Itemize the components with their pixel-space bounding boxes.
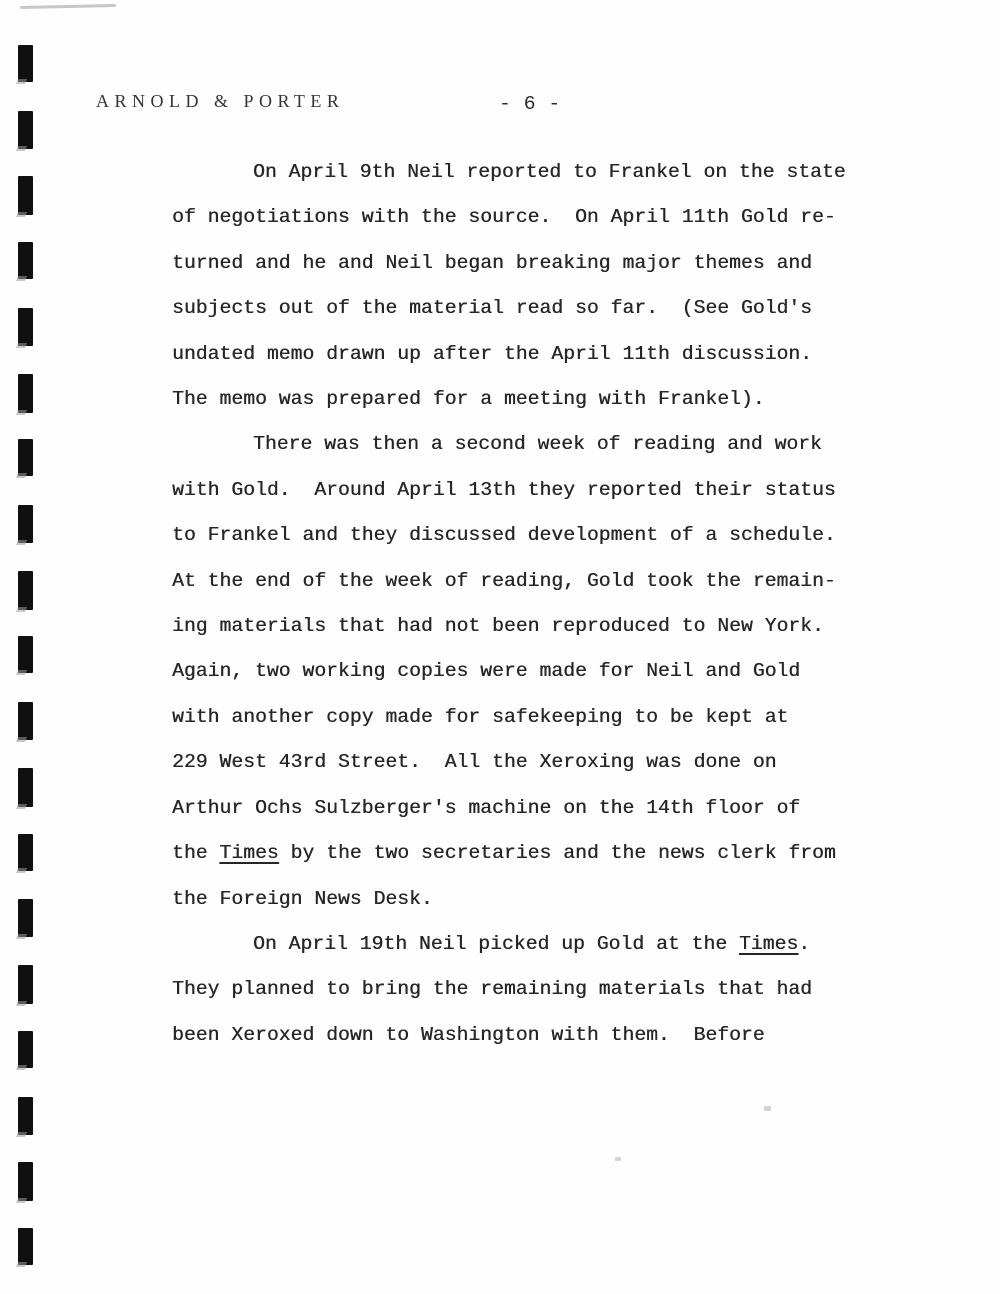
binding-hole: [18, 374, 33, 413]
text-line: been Xeroxed down to Washington with the…: [172, 1013, 892, 1058]
binding-hole: [18, 505, 33, 543]
text-line: of negotiations with the source. On Apri…: [172, 195, 892, 240]
text-line: They planned to bring the remaining mate…: [172, 967, 892, 1012]
underlined-text: Times: [219, 842, 278, 864]
text-line: 229 West 43rd Street. All the Xeroxing w…: [172, 740, 892, 785]
binding-hole: [18, 899, 33, 937]
binding-hole: [18, 768, 33, 807]
text-line: with Gold. Around April 13th they report…: [172, 468, 892, 513]
binding-hole: [18, 702, 33, 740]
binding-hole: [18, 1228, 33, 1265]
scan-smudge: [20, 4, 116, 9]
binding-hole: [18, 111, 33, 149]
text-line: to Frankel and they discussed developmen…: [172, 513, 892, 558]
binding-hole: [18, 439, 33, 476]
firm-name: ARNOLD & PORTER: [96, 91, 344, 112]
binding-hole: [18, 1162, 33, 1201]
binding-hole: [18, 1097, 33, 1135]
binding-hole: [18, 1031, 33, 1068]
scan-speck: [764, 1106, 771, 1111]
document-page: ARNOLD & PORTER - 6 - On April 9th Neil …: [0, 0, 1000, 1294]
binding-hole: [18, 176, 33, 215]
binding-hole: [18, 965, 33, 1004]
text-line: Again, two working copies were made for …: [172, 649, 892, 694]
binding-hole: [18, 308, 33, 346]
binding-hole: [18, 571, 33, 610]
binding-hole: [18, 636, 33, 673]
text-body: On April 9th Neil reported to Frankel on…: [172, 150, 892, 1058]
text-line: ing materials that had not been reproduc…: [172, 604, 892, 649]
text-line: the Times by the two secretaries and the…: [172, 831, 892, 876]
page-number: - 6 -: [499, 93, 561, 115]
underlined-text: Times: [739, 933, 798, 955]
text-line: The memo was prepared for a meeting with…: [172, 377, 892, 422]
text-line: At the end of the week of reading, Gold …: [172, 559, 892, 604]
text-line: with another copy made for safekeeping t…: [172, 695, 892, 740]
binding-hole: [18, 834, 33, 871]
text-line: Arthur Ochs Sulzberger's machine on the …: [172, 786, 892, 831]
scan-speck: [615, 1157, 621, 1161]
text-line: the Foreign News Desk.: [172, 877, 892, 922]
binding-hole: [18, 242, 33, 279]
text-line: On April 19th Neil picked up Gold at the…: [172, 922, 892, 967]
text-line: On April 9th Neil reported to Frankel on…: [172, 150, 892, 195]
binding-marks: [0, 0, 60, 1294]
text-line: subjects out of the material read so far…: [172, 286, 892, 331]
binding-hole: [18, 45, 33, 82]
text-line: There was then a second week of reading …: [172, 422, 892, 467]
text-line: turned and he and Neil began breaking ma…: [172, 241, 892, 286]
text-line: undated memo drawn up after the April 11…: [172, 332, 892, 377]
